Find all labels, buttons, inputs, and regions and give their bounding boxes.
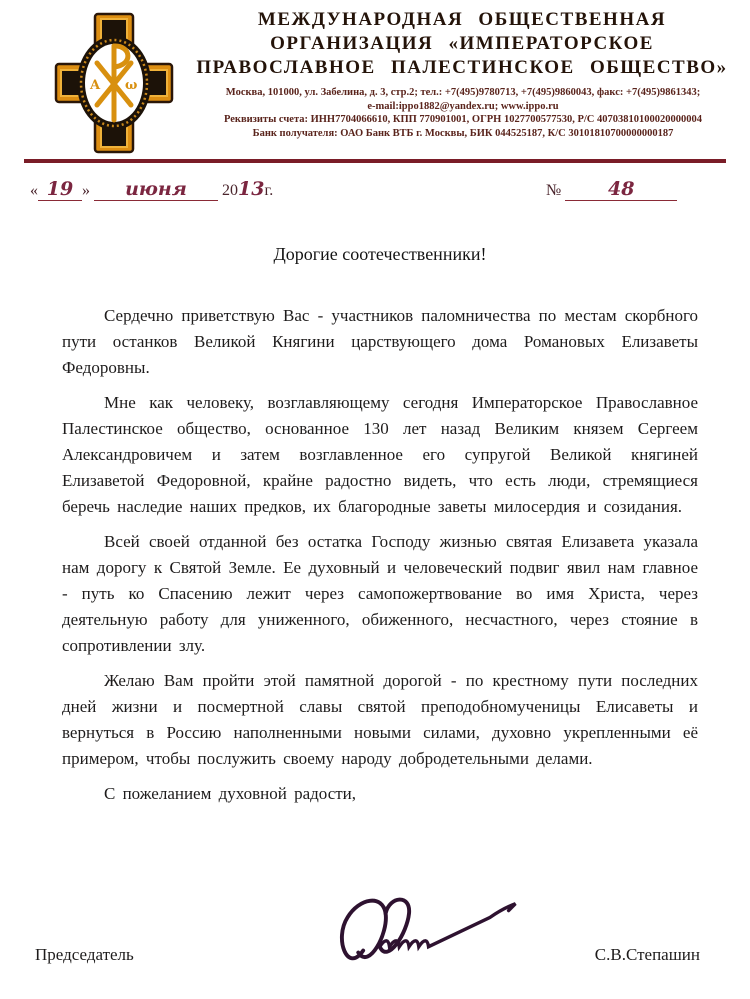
svg-text:ω: ω bbox=[125, 78, 137, 93]
handwritten-number: 48 bbox=[565, 179, 677, 201]
signer-name: С.В.Степашин bbox=[595, 945, 700, 965]
letterhead: Α ω МЕЖДУНАРОДНАЯ ОБЩЕСТВЕННАЯ ОРГАНИЗАЦ… bbox=[0, 0, 750, 153]
org-name-line-1: МЕЖДУНАРОДНАЯ ОБЩЕСТВЕННАЯ bbox=[182, 8, 742, 32]
year-prefix: 20 bbox=[222, 182, 238, 199]
paragraph-3: Всей своей отданной без остатка Господу … bbox=[62, 529, 698, 659]
letter-page: Α ω МЕЖДУНАРОДНАЯ ОБЩЕСТВЕННАЯ ОРГАНИЗАЦ… bbox=[0, 0, 750, 999]
handwritten-day: 19 bbox=[38, 179, 82, 201]
signature-image bbox=[328, 886, 533, 979]
number-field: № 48 bbox=[546, 179, 718, 201]
contact-line-bank: Банк получателя: ОАО Банк ВТБ г. Москвы,… bbox=[152, 127, 750, 141]
paragraph-2: Мне как человеку, возглавляющему сегодня… bbox=[62, 390, 698, 520]
ippo-emblem-logo: Α ω bbox=[54, 12, 174, 154]
orthodox-cross-chi-rho-icon: Α ω bbox=[54, 12, 174, 154]
closing-line: С пожеланием духовной радости, bbox=[62, 781, 698, 807]
close-quote: » bbox=[82, 182, 90, 199]
letter-body: Дорогие соотечественники! Сердечно приве… bbox=[62, 243, 698, 807]
handwritten-year: 13 bbox=[238, 178, 264, 200]
number-sign: № bbox=[546, 182, 561, 199]
org-name-line-3: ПРАВОСЛАВНОЕ ПАЛЕСТИНСКОЕ ОБЩЕСТВО» bbox=[182, 56, 742, 80]
date-field: «19» июня 2013г. bbox=[30, 178, 273, 201]
contact-line-account: Реквизиты счета: ИНН7704066610, КПП 7709… bbox=[152, 113, 750, 127]
reference-line: «19» июня 2013г. № 48 bbox=[30, 173, 718, 201]
open-quote: « bbox=[30, 182, 38, 199]
svg-text:Α: Α bbox=[89, 78, 101, 93]
contact-line-address: Москва, 101000, ул. Забелина, д. 3, стр.… bbox=[152, 86, 750, 100]
paragraph-1: Сердечно приветствую Вас - участников па… bbox=[62, 303, 698, 381]
contact-line-email-web: e-mail:ippo1882@yandex.ru; www.ippo.ru bbox=[152, 100, 750, 114]
handwritten-month: июня bbox=[94, 179, 218, 201]
year-suffix: г. bbox=[264, 182, 273, 199]
header-divider bbox=[24, 159, 726, 163]
signature-block: Председатель С.В.Степашин bbox=[0, 839, 750, 999]
signer-title: Председатель bbox=[35, 945, 134, 965]
org-contacts: Москва, 101000, ул. Забелина, д. 3, стр.… bbox=[152, 86, 750, 140]
org-name: МЕЖДУНАРОДНАЯ ОБЩЕСТВЕННАЯ ОРГАНИЗАЦИЯ «… bbox=[182, 8, 742, 80]
org-name-line-2: ОРГАНИЗАЦИЯ «ИМПЕРАТОРСКОЕ bbox=[182, 32, 742, 56]
paragraph-4: Желаю Вам пройти этой памятной дорогой -… bbox=[62, 668, 698, 772]
salutation: Дорогие соотечественники! bbox=[62, 243, 698, 265]
